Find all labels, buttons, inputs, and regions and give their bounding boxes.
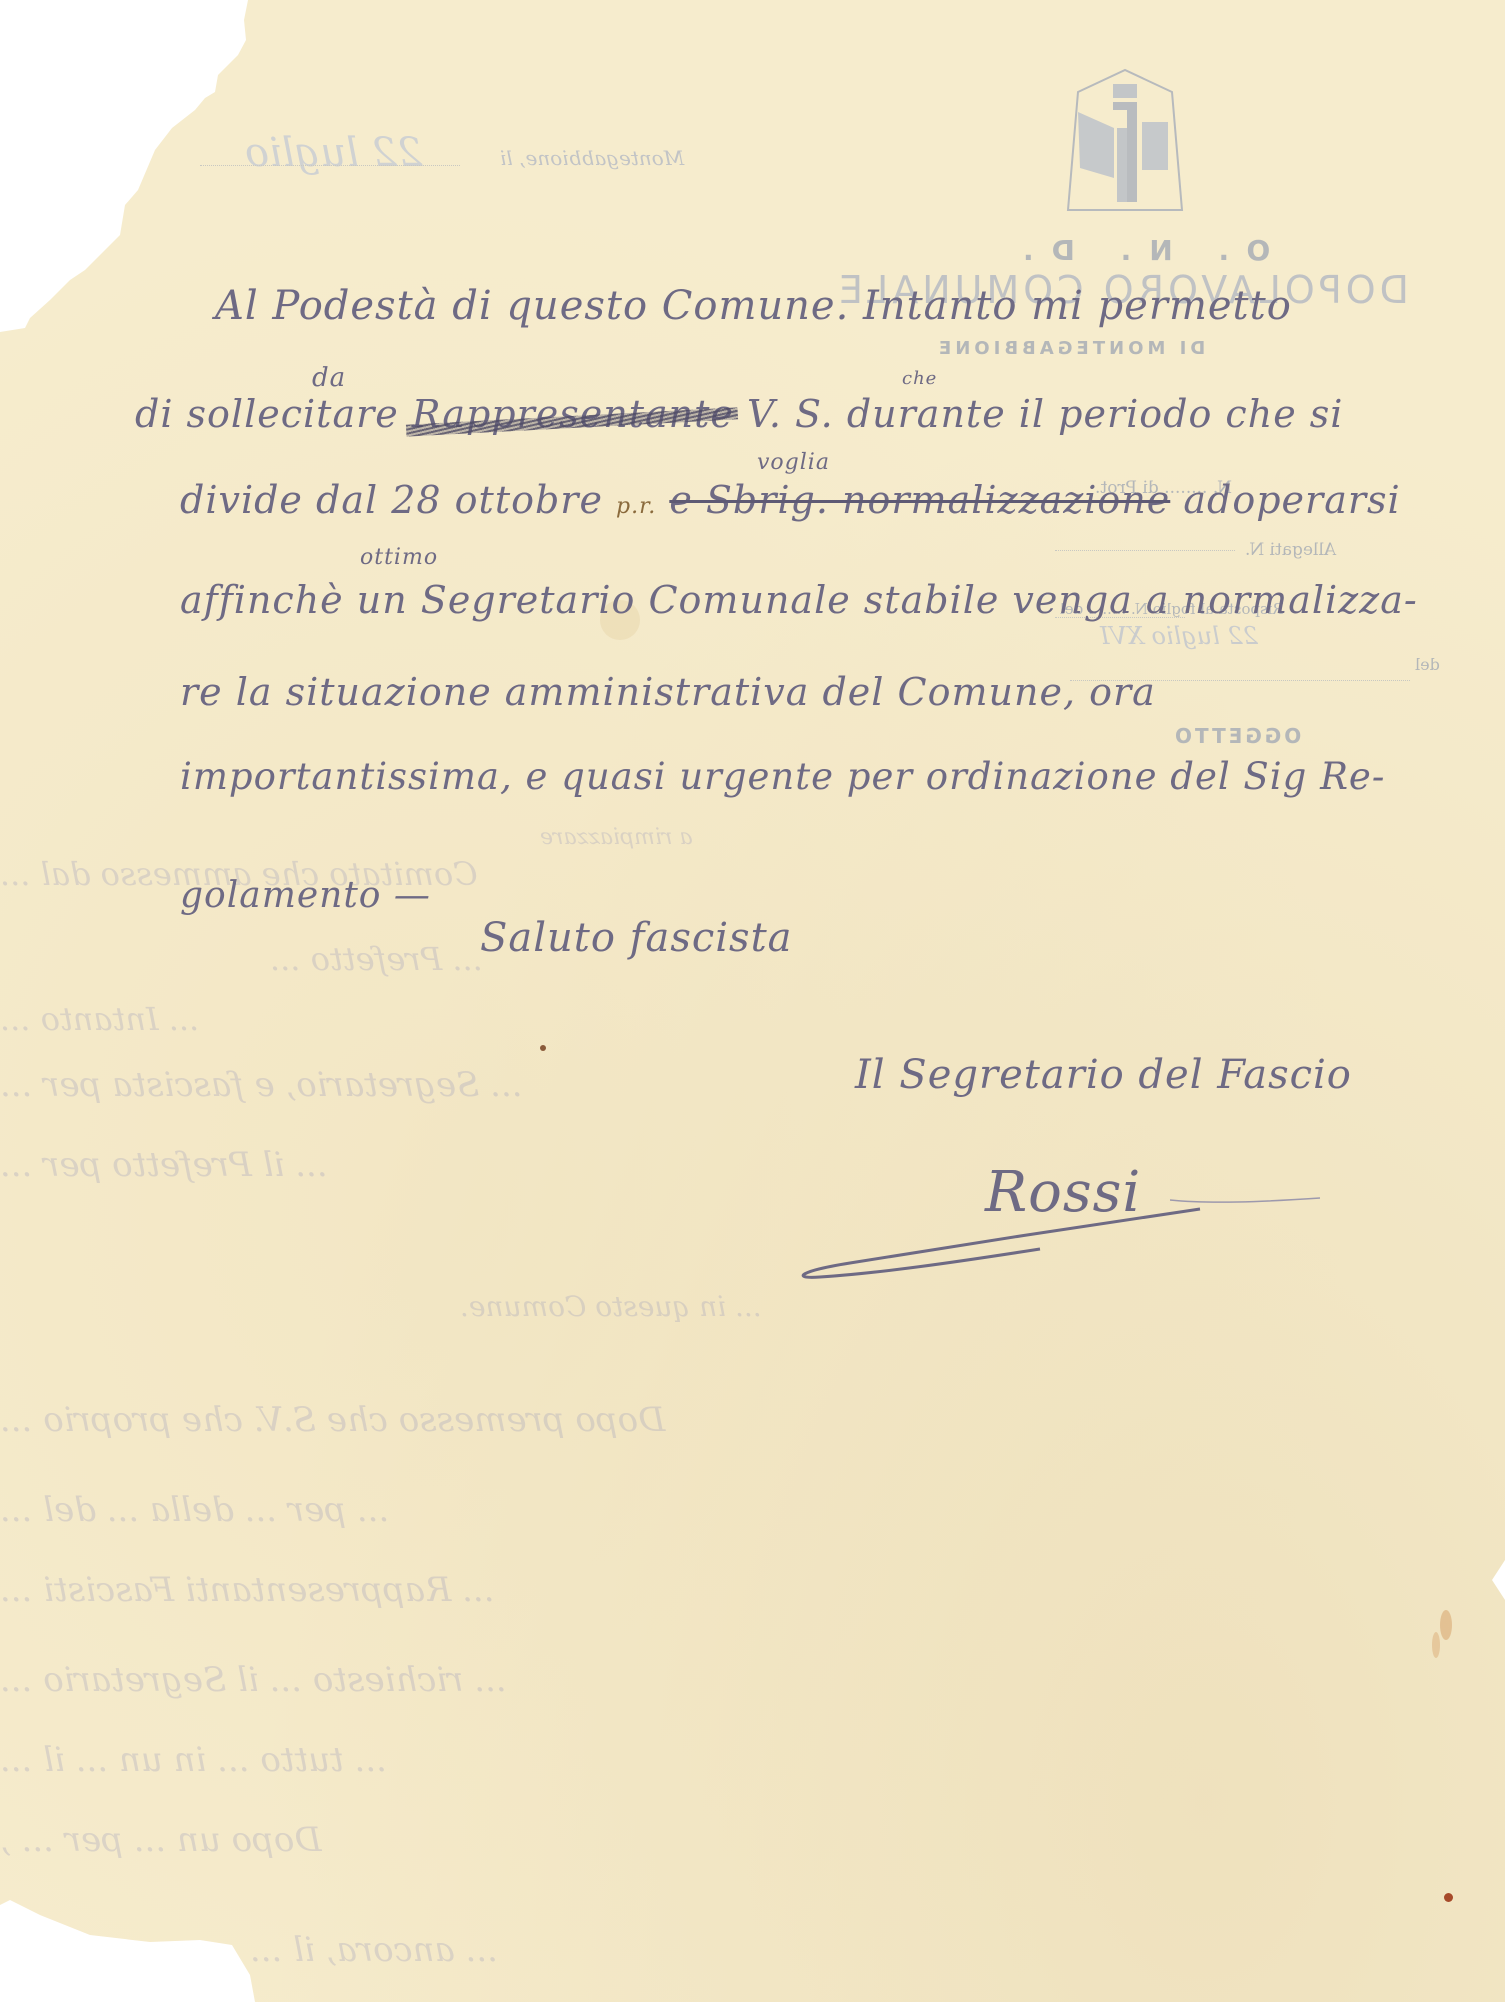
bleed-line: Dopo un ... per ... , xyxy=(0,1820,322,1860)
insert-ottimo: ottimo xyxy=(360,545,438,570)
pen-underline xyxy=(1170,1190,1330,1210)
bleed-line: ... ancora, il ... xyxy=(250,1930,498,1970)
stain xyxy=(1432,1632,1440,1658)
letterhead-date-value: 22 luglio xyxy=(245,130,422,176)
bleed-line: a rimpiazzare xyxy=(540,825,693,850)
stain xyxy=(1440,1610,1452,1640)
body-line-2: di sollecitare Rappresentante V. S. dura… xyxy=(135,392,1343,436)
ond-emblem-icon xyxy=(1060,68,1190,214)
bleed-line: ... in questo Comune. xyxy=(460,1290,762,1323)
line2-mid: V. S. xyxy=(747,392,834,436)
line3-num: 28 ottobre xyxy=(391,478,603,522)
paper-sheet: O. N. D. DOPOLAVORO COMUNALE DI MONTEGAB… xyxy=(0,0,1505,2002)
bleed-line: ... per ... della ... del ... xyxy=(0,1490,389,1530)
letterhead-place-date-label: Montegabbione, li xyxy=(500,146,684,170)
line3-struck: e Sbrig. normalizzazione xyxy=(669,478,1170,522)
struck-word: Rappresentante xyxy=(412,392,734,436)
bleed-line: ... Rappresentanti Fascisti ... xyxy=(0,1570,495,1610)
bleed-line: ... richiesto ... il Segretario ... xyxy=(0,1660,507,1700)
signature-flourish xyxy=(790,1205,1210,1285)
body-line-4: affinchè un Segretario Comunale stabile … xyxy=(180,578,1418,622)
bleed-line: ... Segretario, e fascista per ... xyxy=(0,1065,523,1105)
field-del-value: 22 luglio XVI xyxy=(1100,622,1258,650)
field-allegati: Allegati N. xyxy=(1245,540,1336,560)
bleed-line: ... Prefetto ... xyxy=(270,940,483,978)
date-line xyxy=(200,165,460,166)
line3-pre: divide dal xyxy=(180,478,378,522)
insert-da: da xyxy=(312,363,346,393)
line4-post: Segretario Comunale stabile venga a norm… xyxy=(421,578,1418,622)
body-line-1: Al Podestà di questo Comune. Intanto mi … xyxy=(215,283,1292,329)
insert-che: che xyxy=(902,368,937,389)
bleed-line: Dopo premesso che S.V. che proprio ... xyxy=(0,1400,665,1440)
body-line-6: importantissima, e quasi urgente per ord… xyxy=(180,755,1385,798)
line3-post: adoperarsi xyxy=(1183,478,1400,522)
line2-post: durante il periodo che si xyxy=(847,392,1344,436)
body-line-5: re la situazione amministrativa del Comu… xyxy=(180,670,1156,714)
line4-pre: affinchè un xyxy=(180,578,408,622)
insert-voglia: voglia xyxy=(757,450,830,475)
line2-pre: di sollecitare xyxy=(135,392,399,436)
letterhead-org: O. N. D. xyxy=(1005,234,1270,267)
letterhead-place: DI MONTEGABBIONE xyxy=(935,338,1205,359)
field-oggetto: OGGETTO xyxy=(1172,724,1301,748)
bleed-line: ... il Prefetto per ... xyxy=(0,1145,328,1185)
body-line-7: golamento — xyxy=(180,875,431,916)
stain xyxy=(540,1045,546,1051)
field-line xyxy=(1055,550,1235,551)
closing: Saluto fascista xyxy=(480,915,793,961)
field-del: del xyxy=(1415,655,1440,674)
signature-title: Il Segretario del Fascio xyxy=(855,1052,1352,1098)
bleed-line: ... tutto ... in un ... il ... xyxy=(0,1740,387,1780)
line3-pr: p.r. xyxy=(616,494,656,519)
stain xyxy=(1444,1893,1453,1902)
bleed-line: ... Intanto ... xyxy=(0,1000,199,1038)
body-line-3: divide dal 28 ottobre p.r. e Sbrig. norm… xyxy=(180,478,1401,522)
